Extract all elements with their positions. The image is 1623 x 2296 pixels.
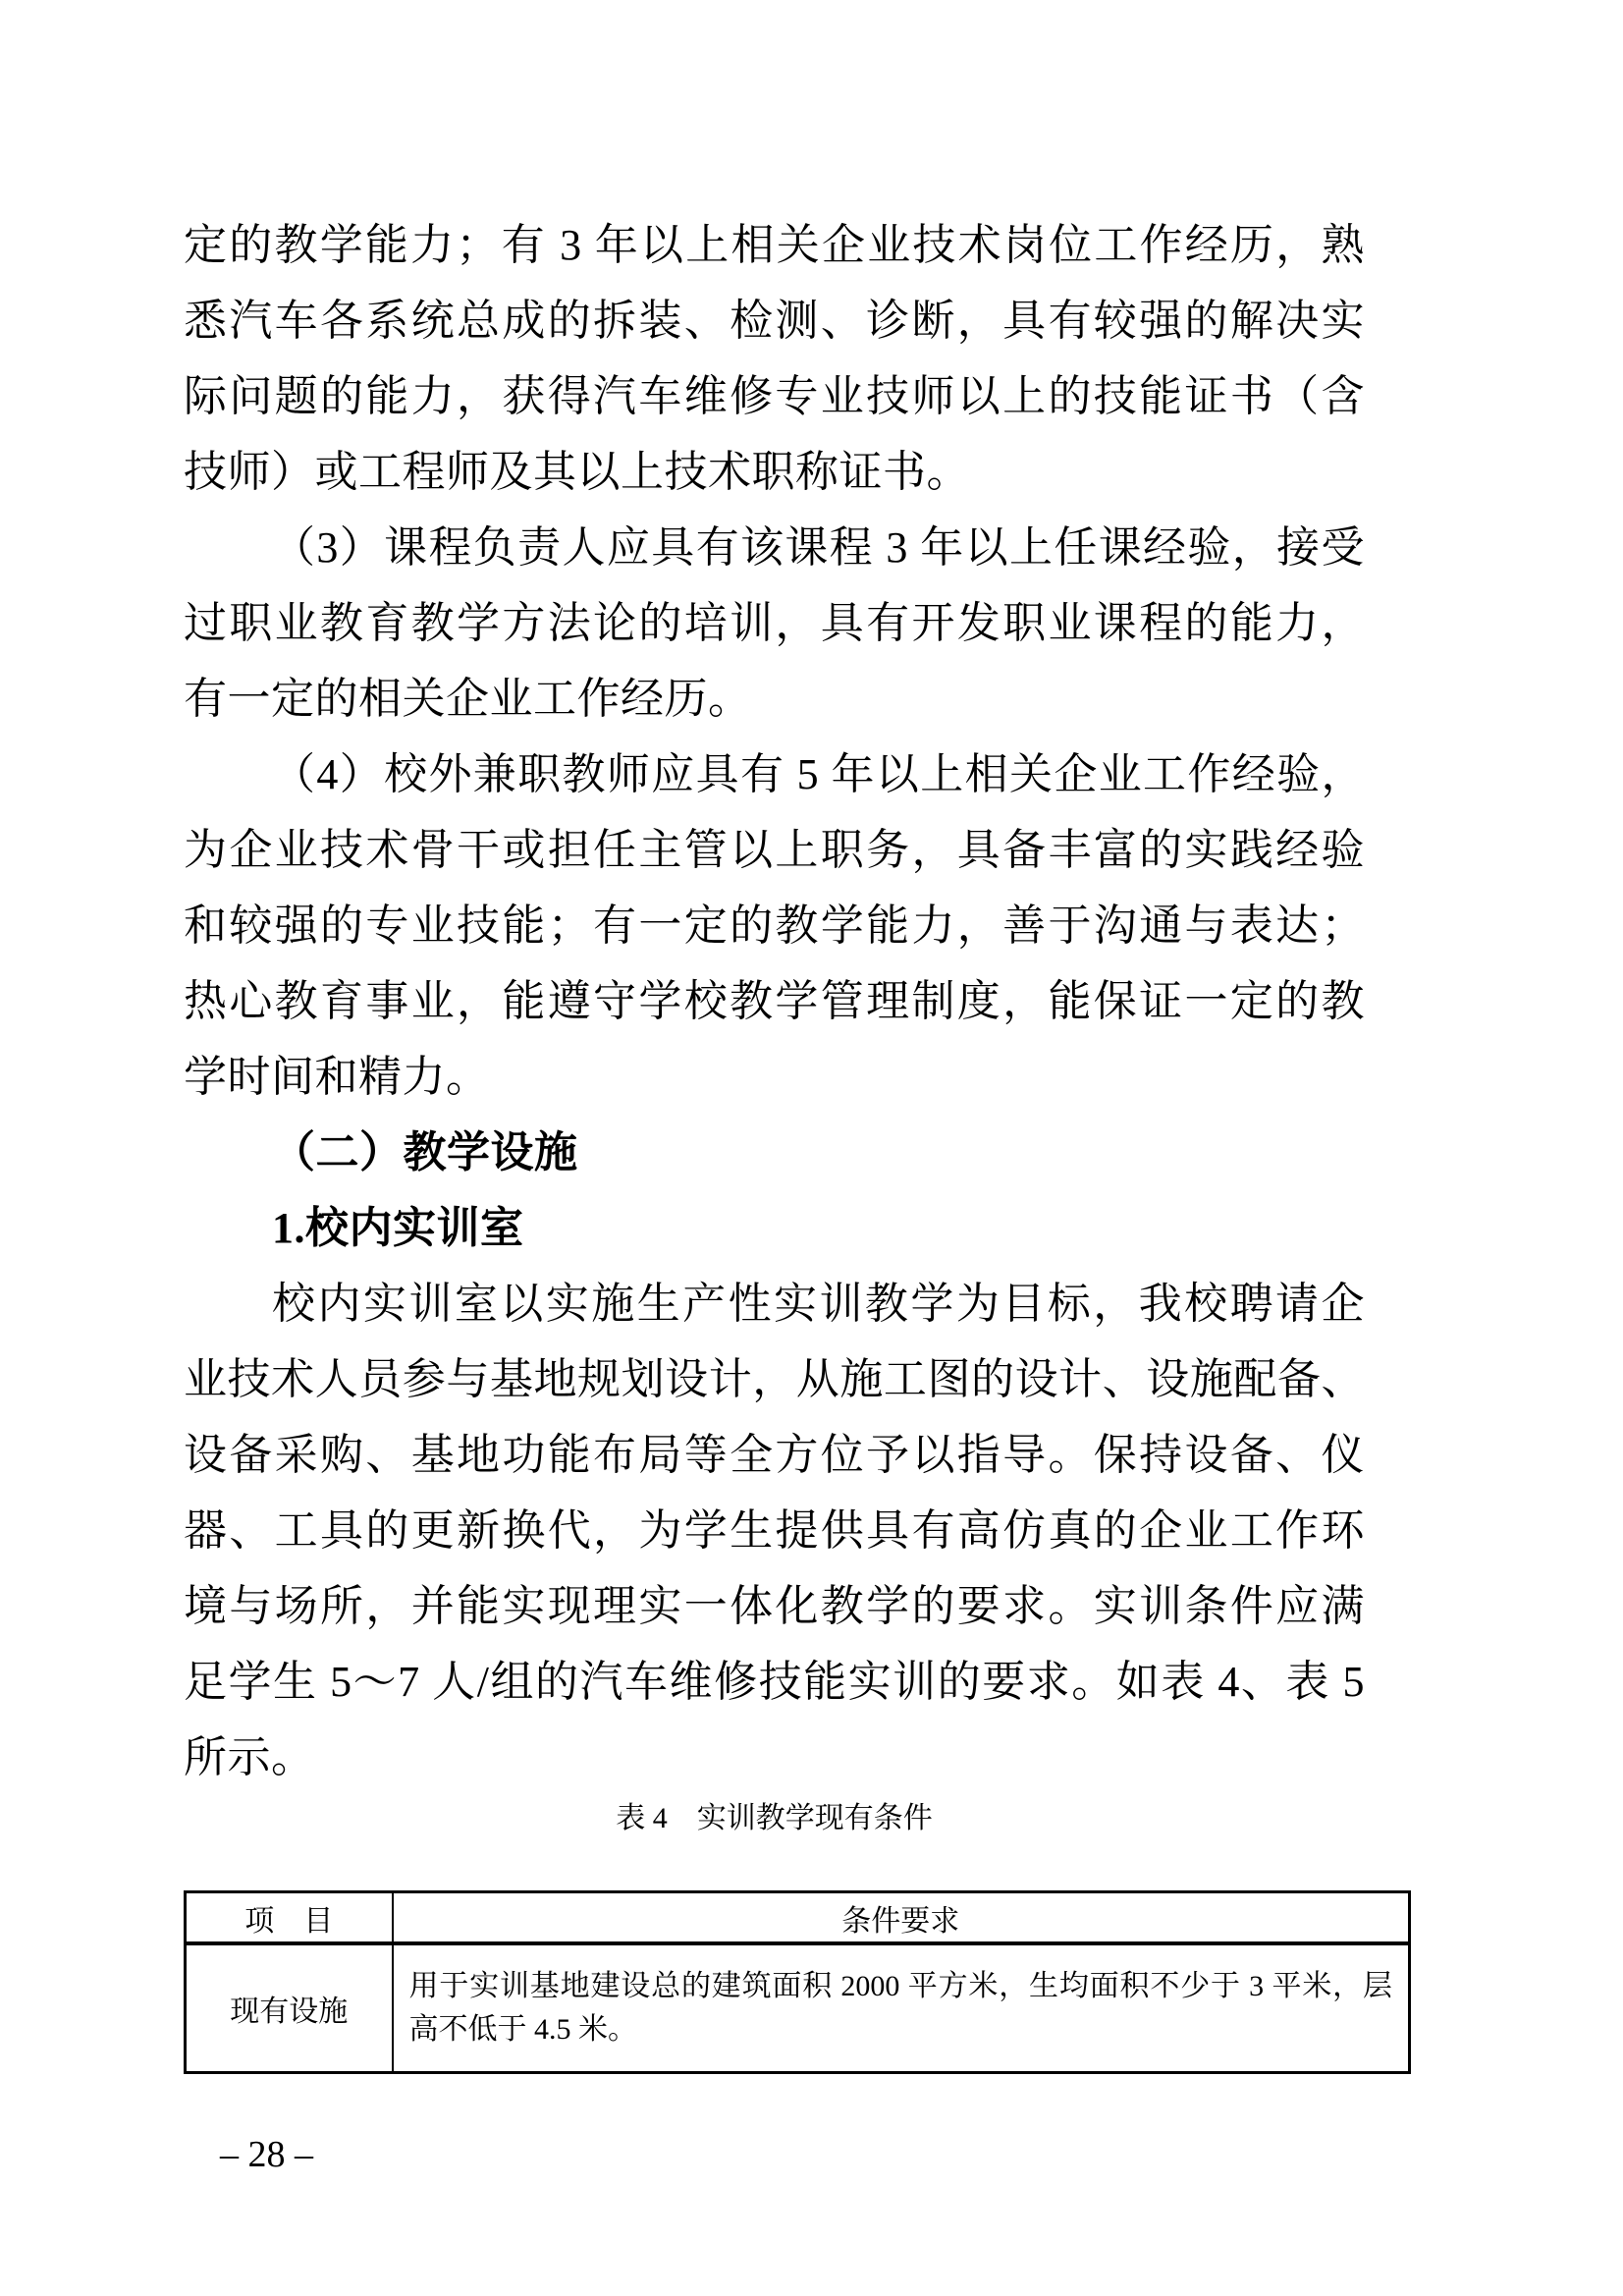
body-line: 和较强的专业技能；有一定的教学能力，善于沟通与表达； [184,888,1365,963]
table-cell-item: 现有设施 [186,1943,393,2073]
body-line: （4）校外兼职教师应具有 5 年以上相关企业工作经验， [184,737,1365,812]
training-conditions-table: 项 目 条件要求 现有设施 用于实训基地建设总的建筑面积 2000 平方米，生均… [184,1890,1411,2074]
section-heading: （二）教学设施 [184,1115,1365,1190]
subsection-heading: 1.校内实训室 [184,1190,1365,1266]
body-line: 定的教学能力；有 3 年以上相关企业技术岗位工作经历，熟 [184,207,1365,283]
table-row: 现有设施 用于实训基地建设总的建筑面积 2000 平方米，生均面积不少于 3 平… [186,1943,1410,2073]
body-line: 有一定的相关企业工作经历。 [184,661,1365,737]
table-caption: 表 4 实训教学现有条件 [184,1797,1365,1840]
body-line: 学时间和精力。 [184,1039,1365,1115]
body-line: 所示。 [184,1720,1365,1795]
body-line: 业技术人员参与基地规划设计，从施工图的设计、设施配备、 [184,1341,1365,1417]
body-line: 为企业技术骨干或担任主管以上职务，具备丰富的实践经验 [184,812,1365,888]
body-line: 境与场所，并能实现理实一体化教学的要求。实训条件应满 [184,1568,1365,1644]
table-cell-requirement: 用于实训基地建设总的建筑面积 2000 平方米，生均面积不少于 3 平米，层高不… [393,1943,1410,2073]
body-text: 定的教学能力；有 3 年以上相关企业技术岗位工作经历，熟 悉汽车各系统总成的拆装… [184,207,1365,1795]
table-header-row: 项 目 条件要求 [186,1892,1410,1944]
body-line: 足学生 5～7 人/组的汽车维修技能实训的要求。如表 4、表 5 [184,1644,1365,1720]
body-line: 热心教育事业，能遵守学校教学管理制度，能保证一定的教 [184,963,1365,1039]
body-line: 悉汽车各系统总成的拆装、检测、诊断，具有较强的解决实 [184,283,1365,358]
body-line: （3）课程负责人应具有该课程 3 年以上任课经验，接受 [184,510,1365,585]
body-line: 际问题的能力，获得汽车维修专业技师以上的技能证书（含 [184,358,1365,434]
body-line: 过职业教育教学方法论的培训，具有开发职业课程的能力， [184,585,1365,661]
body-line: 器、工具的更新换代，为学生提供具有高仿真的企业工作环 [184,1493,1365,1568]
page-number: – 28 – [220,2133,313,2176]
table-header-item: 项 目 [186,1892,393,1944]
body-line: 校内实训室以实施生产性实训教学为目标，我校聘请企 [184,1266,1365,1341]
body-line: 设备采购、基地功能布局等全方位予以指导。保持设备、仪 [184,1417,1365,1493]
body-line: 技师）或工程师及其以上技术职称证书。 [184,434,1365,510]
document-page: 定的教学能力；有 3 年以上相关企业技术岗位工作经历，熟 悉汽车各系统总成的拆装… [0,0,1623,2296]
table-header-requirement: 条件要求 [393,1892,1410,1944]
